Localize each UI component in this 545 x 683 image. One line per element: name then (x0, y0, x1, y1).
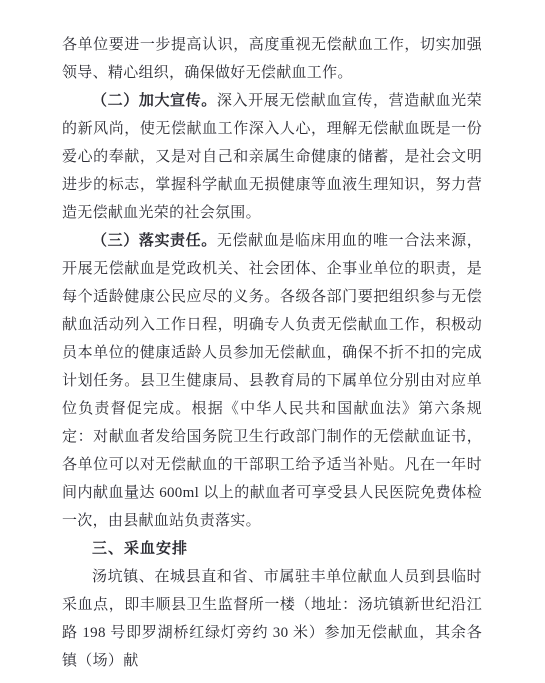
document-content: 各单位要进一步提高认识，高度重视无偿献血工作，切实加强领导、精心组织，确保做好无… (62, 31, 482, 675)
section-3-label: （三）落实责任。 (92, 233, 217, 249)
section-2-publicity-paragraph: （二）加大宣传。深入开展无偿献血宣传，营造献血光荣的新风尚，使无偿献血工作深入人… (62, 87, 482, 227)
body-text: 各单位要进一步提高认识，高度重视无偿献血工作，切实加强领导、精心组织，确保做好无… (62, 37, 482, 81)
section-3-responsibility-paragraph: （三）落实责任。无偿献血是临床用血的唯一合法来源，开展无偿献血是党政机关、社会团… (62, 227, 482, 535)
body-text: 深入开展无偿献血宣传，营造献血光荣的新风尚，使无偿献血工作深入人心，理解无偿献血… (62, 93, 482, 221)
paragraph-collection-locations: 汤坑镇、在城县直和省、市属驻丰单位献血人员到县临时采血点，即丰顺县卫生监督所一楼… (62, 563, 482, 675)
document-page: 各单位要进一步提高认识，高度重视无偿献血工作，切实加强领导、精心组织，确保做好无… (0, 0, 545, 683)
heading-text: 三、采血安排 (92, 540, 188, 557)
section-2-label: （二）加大宣传。 (92, 93, 217, 109)
body-text: 无偿献血是临床用血的唯一合法来源，开展无偿献血是党政机关、社会团体、企事业单位的… (62, 233, 482, 529)
body-text: 汤坑镇、在城县直和省、市属驻丰单位献血人员到县临时采血点，即丰顺县卫生监督所一楼… (62, 569, 482, 669)
continuation-paragraph: 各单位要进一步提高认识，高度重视无偿献血工作，切实加强领导、精心组织，确保做好无… (62, 31, 482, 87)
heading-blood-collection-arrangement: 三、采血安排 (62, 535, 482, 563)
